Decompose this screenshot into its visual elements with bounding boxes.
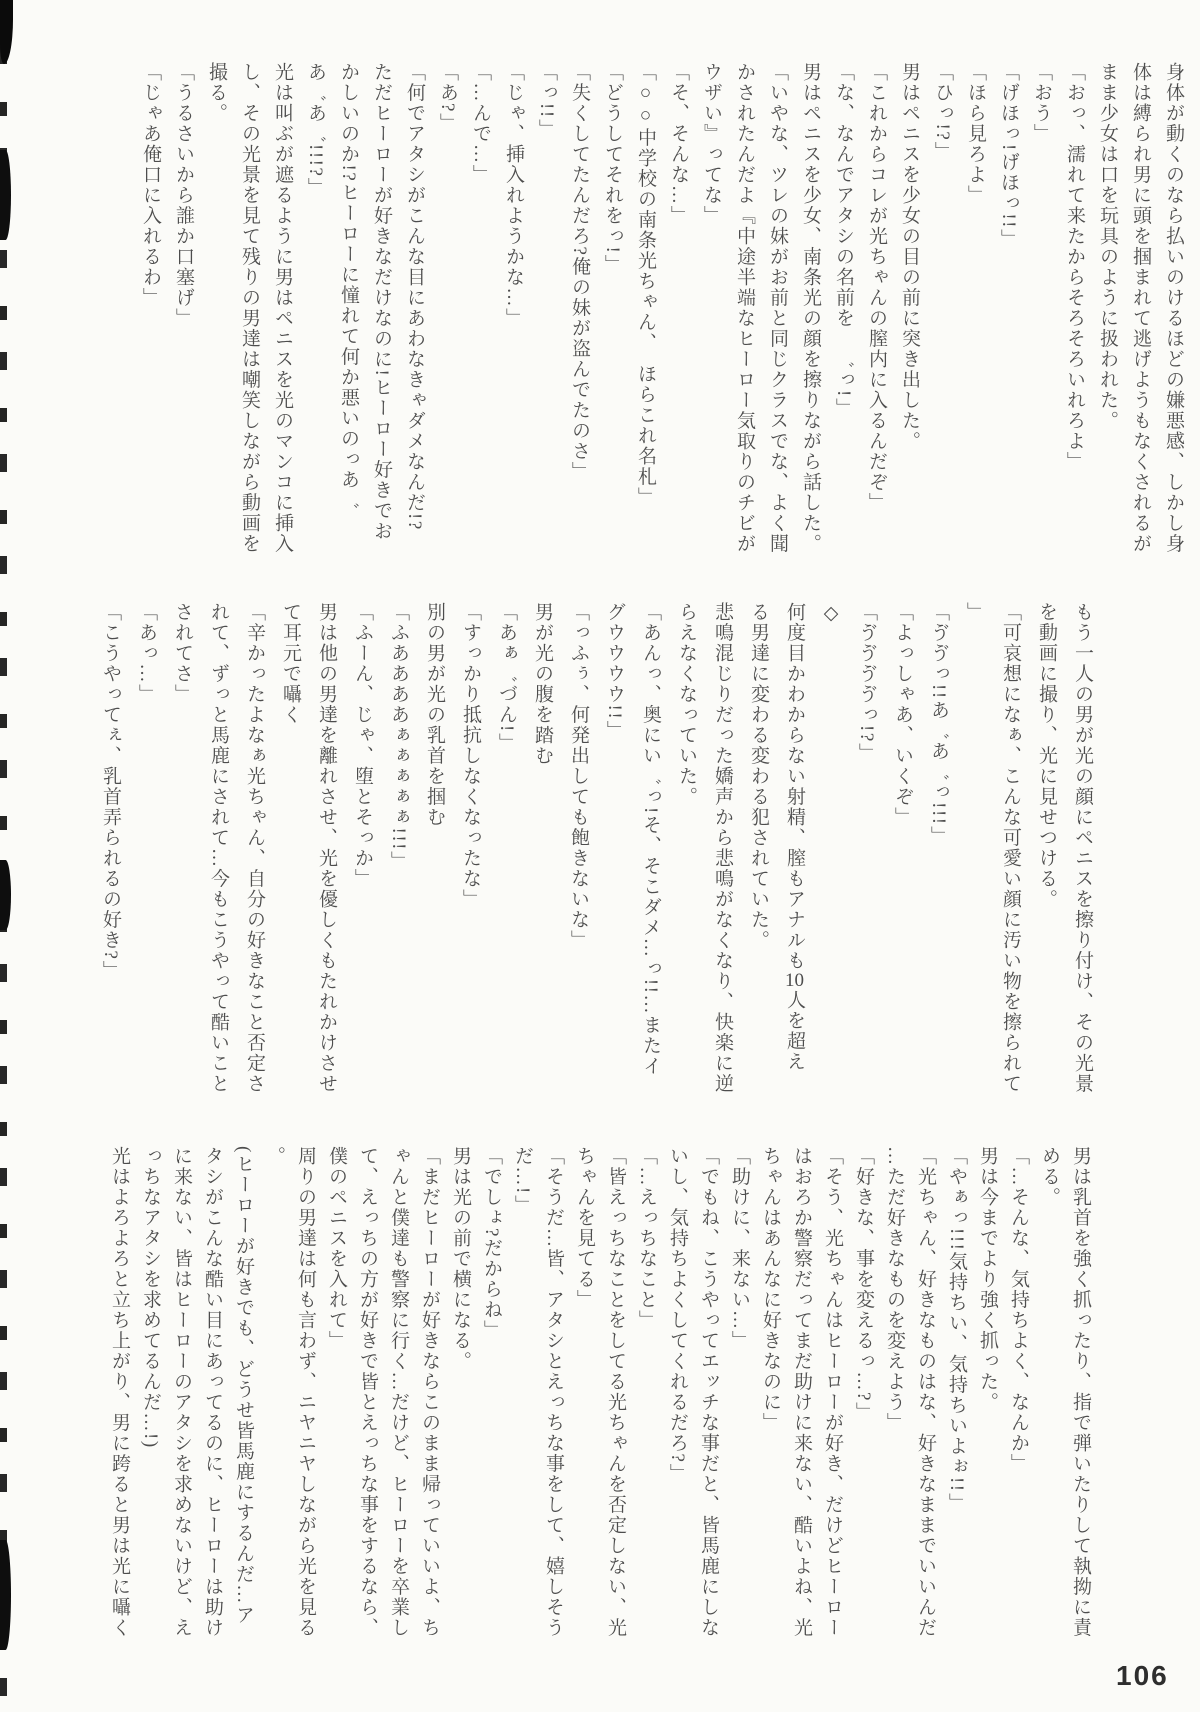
- text-section-bottom: 男は乳首を強く抓ったり、指で弾いたりして執拗に責める。「…そんな、気持ちよく、な…: [104, 1146, 1096, 1706]
- text-column: 撮る。: [200, 62, 233, 622]
- scan-gutter-artifact: [0, 0, 7, 1712]
- text-column: 「何でアタシがこんな目にあわなきゃダメなんだ!?: [398, 62, 431, 622]
- text-column: る男達に変わる変わる犯されていた。: [740, 602, 776, 1162]
- text-column: に来ない、皆はヒーローのアタシを求めないけど、え: [166, 1146, 197, 1706]
- text-column: 僕のペニスを入れて」: [321, 1146, 352, 1706]
- text-column: ウザい』ってな」: [695, 62, 728, 622]
- text-column: 男は今までより強く抓った。: [972, 1146, 1003, 1706]
- text-column: 「ひっ!?」: [926, 62, 959, 622]
- text-column: 。: [259, 1146, 290, 1706]
- text-column: 「な、なんでアタシの名前を ゛っ!」: [827, 62, 860, 622]
- text-column: 「すっかり抵抗しなくなったな」: [452, 602, 488, 1162]
- text-column: らえなくなっていた。: [668, 602, 704, 1162]
- text-column: て、えっちの方が好きで皆とえっちな事をするなら、: [352, 1146, 383, 1706]
- text-column: 「…えっちなこと」: [631, 1146, 662, 1706]
- text-column: 「げほっ!げほっ!!」: [992, 62, 1025, 622]
- section-divider: ◇: [812, 602, 848, 1162]
- text-column: 「っ!!」: [530, 62, 563, 622]
- text-column: 「ゔゔゔゔっ!?」: [848, 602, 884, 1162]
- text-column: 「いやな、ツレの妹がお前と同じクラスでな、よく聞: [761, 62, 794, 622]
- text-column: 光は叫ぶが遮るように男はペニスを光のマンコに挿入: [266, 62, 299, 622]
- text-column: 「あっ…」: [128, 602, 164, 1162]
- text-column: 男が光の腹を踏む: [524, 602, 560, 1162]
- text-column: 「好きな、事を変えるっ…?」: [848, 1146, 879, 1706]
- text-column: 別の男が光の乳首を掴む: [416, 602, 452, 1162]
- text-column: 「…んで…」: [464, 62, 497, 622]
- text-column: ちゃんを見てる」: [569, 1146, 600, 1706]
- text-column: かしいのか!?ヒーローに憧れて何か悪いのっあ゛: [332, 62, 365, 622]
- text-column: 「あんっ、奥にい゛っ!そ、そこダメ…っ!!…またイ: [632, 602, 668, 1162]
- scan-gutter-blob: [0, 150, 11, 240]
- scan-gutter-blob: [0, 860, 11, 930]
- text-column: あ゛あ゛!!!?」: [299, 62, 332, 622]
- text-column: 「おっ、濡れて来たからそろそろいれろよ」: [1058, 62, 1091, 622]
- text-column: 「っふぅ、何発出しても飽きないな」: [560, 602, 596, 1162]
- text-column: 「そ、そんな…」: [662, 62, 695, 622]
- page-number: 106: [1116, 1660, 1169, 1692]
- text-column: れて、ずっと馬鹿にされて…今もこうやって酷いこと: [200, 602, 236, 1162]
- text-column: 「ふーん、じゃ、堕とそっか」: [344, 602, 380, 1162]
- text-column: っちなアタシを求めてるんだ…!): [135, 1146, 166, 1706]
- text-column: されてさ」: [164, 602, 200, 1162]
- text-column: 「…そんな、気持ちよく、なんか」: [1003, 1146, 1034, 1706]
- text-column: 男は光の前で横になる。: [445, 1146, 476, 1706]
- text-column: だ…!」: [507, 1146, 538, 1706]
- text-column: 「そう、光ちゃんはヒーローが好き、だけどヒーロー: [817, 1146, 848, 1706]
- tatechuyoko-number: 10: [784, 971, 805, 990]
- text-column: 」: [956, 602, 992, 1162]
- text-column: 「でしょ?だからね」: [476, 1146, 507, 1706]
- text-column: まま少女は口を玩具のように扱われた。: [1091, 62, 1124, 622]
- text-column: 「これからコレが光ちゃんの膣内に入るんだぞ」: [860, 62, 893, 622]
- text-column: 「○○中学校の南条光ちゃん、 ほらこれ名札」: [629, 62, 662, 622]
- text-column: 悲鳴混じりだった嬌声から悲鳴がなくなり、快楽に逆: [704, 602, 740, 1162]
- scan-gutter-blob: [0, 1540, 11, 1650]
- text-column: いし、気持ちよくしてくれるだろ?」: [662, 1146, 693, 1706]
- text-column: 男はペニスを少女の目の前に突き出した。: [893, 62, 926, 622]
- text-column: …ただ好きなものを変えよう」: [879, 1146, 910, 1706]
- text-column: かされたんだよ『中途半端なヒーロー気取りのチビが: [728, 62, 761, 622]
- text-column: める。: [1034, 1146, 1065, 1706]
- text-column: 「うるさいから誰か口塞げ」: [167, 62, 200, 622]
- text-column: 男は乳首を強く抓ったり、指で弾いたりして執拗に責: [1065, 1146, 1096, 1706]
- text-column: 「あ?」: [431, 62, 464, 622]
- text-column: 「光ちゃん、好きなものはな、好きなままでいいんだ: [910, 1146, 941, 1706]
- text-column: 身体が動くのなら払いのけるほどの嫌悪感、しかし身: [1157, 62, 1190, 622]
- text-column: 「ふああああぁぁぁぁぁ!!!」: [380, 602, 416, 1162]
- text-column: 「ゔゔっ!!あ゛あ゛っ!!!」: [920, 602, 956, 1162]
- text-column: ただヒーローが好きなだけなのに!ヒーロー好きでお: [365, 62, 398, 622]
- text-column: 「辛かったよなぁ光ちゃん、自分の好きなこと否定さ: [236, 602, 272, 1162]
- text-column: 「可哀想になぁ、こんな可愛い顔に汚い物を擦られて: [992, 602, 1028, 1162]
- text-column: 男はペニスを少女、南条光の顔を擦りながら話した。: [794, 62, 827, 622]
- text-column: 「あぁ゛づん!」: [488, 602, 524, 1162]
- text-column: 「やぁっ!!!気持ちい、気持ちいよぉ!!」: [941, 1146, 972, 1706]
- scanned-novel-page: { "document": { "page_number": "106", "s…: [0, 0, 1200, 1712]
- text-column: 「どうしてそれをっ!」: [596, 62, 629, 622]
- text-column: タシがこんな酷い目にあってるのに、ヒーローは助け: [197, 1146, 228, 1706]
- text-column: 「じゃあ俺口に入れるわ」: [134, 62, 167, 622]
- text-column: はおろか警察だってまだ助けに来ない、酷いよね、光: [786, 1146, 817, 1706]
- text-column: ゃんと僕達も警察に行く…だけど、ヒーローを卒業し: [383, 1146, 414, 1706]
- text-column: 体は縛られ男に頭を掴まれて逃げようもなくされるが: [1124, 62, 1157, 622]
- text-column: ちゃんはあんなに好きなのに」: [755, 1146, 786, 1706]
- text-column: 「そうだ…皆、アタシとえっちな事をして、嬉しそう: [538, 1146, 569, 1706]
- text-column: 「皆えっちなことをしてる光ちゃんを否定しない、光: [600, 1146, 631, 1706]
- text-column: (ヒーローが好きでも、どうせ皆馬鹿にするんだ…ア: [228, 1146, 259, 1706]
- text-column: 「まだヒーローが好きならこのまま帰っていいよ、ち: [414, 1146, 445, 1706]
- text-section-top: 身体が動くのなら払いのけるほどの嫌悪感、しかし身体は縛られ男に頭を掴まれて逃げよ…: [134, 62, 1190, 622]
- text-column: 「こうやってぇ、乳首弄られるの好き?」: [92, 602, 128, 1162]
- text-column: グウウウウ!!」: [596, 602, 632, 1162]
- text-column: て耳元で囁く: [272, 602, 308, 1162]
- text-column: 「でもね、こうやってエッチな事だと、皆馬鹿にしな: [693, 1146, 724, 1706]
- text-column: を動画に撮り、光に見せつける。: [1028, 602, 1064, 1162]
- text-column: 「助けに、来ない…」: [724, 1146, 755, 1706]
- text-column: し、その光景を見て残りの男達は嘲笑しながら動画を: [233, 62, 266, 622]
- text-column: 「ほら見ろよ」: [959, 62, 992, 622]
- scan-gutter-corner-blob: [0, 0, 13, 64]
- text-column: 「よっしゃあ、いくぞ」: [884, 602, 920, 1162]
- text-column: 「じゃ、挿入れようかな…」: [497, 62, 530, 622]
- text-column: もう一人の男が光の顔にペニスを擦り付け、その光景: [1064, 602, 1100, 1162]
- text-column: 周りの男達は何も言わず、ニヤニヤしながら光を見る: [290, 1146, 321, 1706]
- text-column: 「おう」: [1025, 62, 1058, 622]
- text-column: 何度目かわからない射精、膣もアナルも10人を超え: [776, 602, 812, 1162]
- text-column: 「失くしてたんだろ?俺の妹が盗んでたのさ」: [563, 62, 596, 622]
- text-column: 光はよろよろと立ち上がり、男に跨ると男は光に囁く: [104, 1146, 135, 1706]
- text-section-middle: もう一人の男が光の顔にペニスを擦り付け、その光景を動画に撮り、光に見せつける。「…: [92, 602, 1100, 1162]
- text-column: 男は他の男達を離れさせ、光を優しくもたれかけさせ: [308, 602, 344, 1162]
